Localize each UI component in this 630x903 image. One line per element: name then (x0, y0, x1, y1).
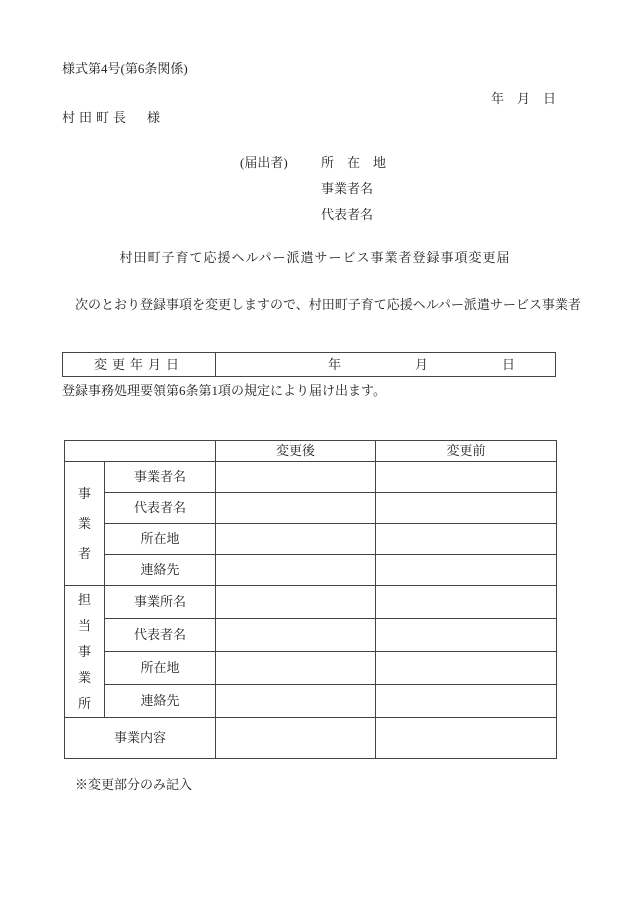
cell-office-name-before (376, 586, 557, 619)
group-label-office-cell: 担当事業所 (65, 586, 105, 718)
footnote: ※変更部分のみ記入 (75, 777, 192, 793)
cell-office-name-after (216, 586, 376, 619)
cell-address-before (376, 524, 557, 555)
row-label-office-representative: 代表者名 (105, 619, 216, 652)
row-label-contact: 連絡先 (105, 555, 216, 586)
cell-office-contact-before (376, 685, 557, 718)
table-row: 事業者 事業者名 (65, 462, 557, 493)
cell-business-name-before (376, 462, 557, 493)
declarant-representative-row: 代表者名 (240, 202, 386, 228)
table-row: 代表者名 (65, 619, 557, 652)
change-date-row: 変更年月日 年 月 日 (63, 353, 556, 377)
body-paragraph-line1: 次のとおり登録事項を変更しますので、村田町子育て応援ヘルパー派遣サービス事業者 (75, 297, 581, 313)
header-empty-cell (65, 441, 216, 462)
cell-representative-before (376, 493, 557, 524)
table-row: 連絡先 (65, 555, 557, 586)
group-label-business-cell: 事業者 (65, 462, 105, 586)
change-date-table: 変更年月日 年 月 日 (62, 352, 556, 377)
group-label-office: 担当事業所 (77, 587, 92, 717)
cell-address-after (216, 524, 376, 555)
declarant-business-name-label: 事業者名 (321, 181, 373, 197)
change-date-month-label: 月 (415, 357, 428, 373)
cell-contact-after (216, 555, 376, 586)
registration-change-table: 変更後 変更前 事業者 事業者名 代表者名 所在地 連絡先 (64, 440, 557, 759)
table-row: 担当事業所 事業所名 (65, 586, 557, 619)
declarant-address-row: (届出者) 所 在 地 (240, 150, 386, 176)
row-label-office-name: 事業所名 (105, 586, 216, 619)
cell-contact-before (376, 555, 557, 586)
table-row: 所在地 (65, 524, 557, 555)
declarant-representative-label: 代表者名 (321, 207, 373, 223)
header-after: 変更後 (216, 441, 376, 462)
header-before: 変更前 (376, 441, 557, 462)
declarant-address-label: 所 在 地 (321, 155, 386, 171)
row-label-address: 所在地 (105, 524, 216, 555)
row-label-business-content: 事業内容 (65, 718, 216, 759)
document-title: 村田町子育て応援ヘルパー派遣サービス事業者登録事項変更届 (0, 250, 630, 266)
cell-business-content-after (216, 718, 376, 759)
group-label-business: 事業者 (77, 479, 92, 569)
addressee: 村田町長 様 (62, 110, 164, 126)
table-header-row: 変更後 変更前 (65, 441, 557, 462)
row-label-representative: 代表者名 (105, 493, 216, 524)
cell-business-name-after (216, 462, 376, 493)
cell-business-content-before (376, 718, 557, 759)
row-label-office-contact: 連絡先 (105, 685, 216, 718)
body-paragraph-line2: 登録事務処理要領第6条第1項の規定により届け出ます。 (62, 383, 386, 399)
declarant-block: (届出者) 所 在 地 事業者名 代表者名 (240, 150, 386, 228)
cell-office-representative-before (376, 619, 557, 652)
document-page: 様式第4号(第6条関係) 年 月 日 村田町長 様 (届出者) 所 在 地 事業… (0, 0, 630, 903)
form-number: 様式第4号(第6条関係) (62, 61, 188, 77)
row-label-office-address: 所在地 (105, 652, 216, 685)
row-label-business-name: 事業者名 (105, 462, 216, 493)
change-date-input-area: 年 月 日 (216, 353, 556, 377)
cell-office-address-before (376, 652, 557, 685)
change-date-year-label: 年 (328, 357, 341, 373)
cell-office-address-after (216, 652, 376, 685)
table-row: 所在地 (65, 652, 557, 685)
change-date-day-label: 日 (502, 357, 515, 373)
declarant-business-name-row: 事業者名 (240, 176, 386, 202)
cell-office-contact-after (216, 685, 376, 718)
table-row: 代表者名 (65, 493, 557, 524)
cell-representative-after (216, 493, 376, 524)
issue-date-line: 年 月 日 (0, 91, 556, 107)
table-row: 連絡先 (65, 685, 557, 718)
cell-office-representative-after (216, 619, 376, 652)
declarant-prefix: (届出者) (240, 155, 321, 171)
business-content-row: 事業内容 (65, 718, 557, 759)
change-date-label: 変更年月日 (63, 353, 216, 377)
